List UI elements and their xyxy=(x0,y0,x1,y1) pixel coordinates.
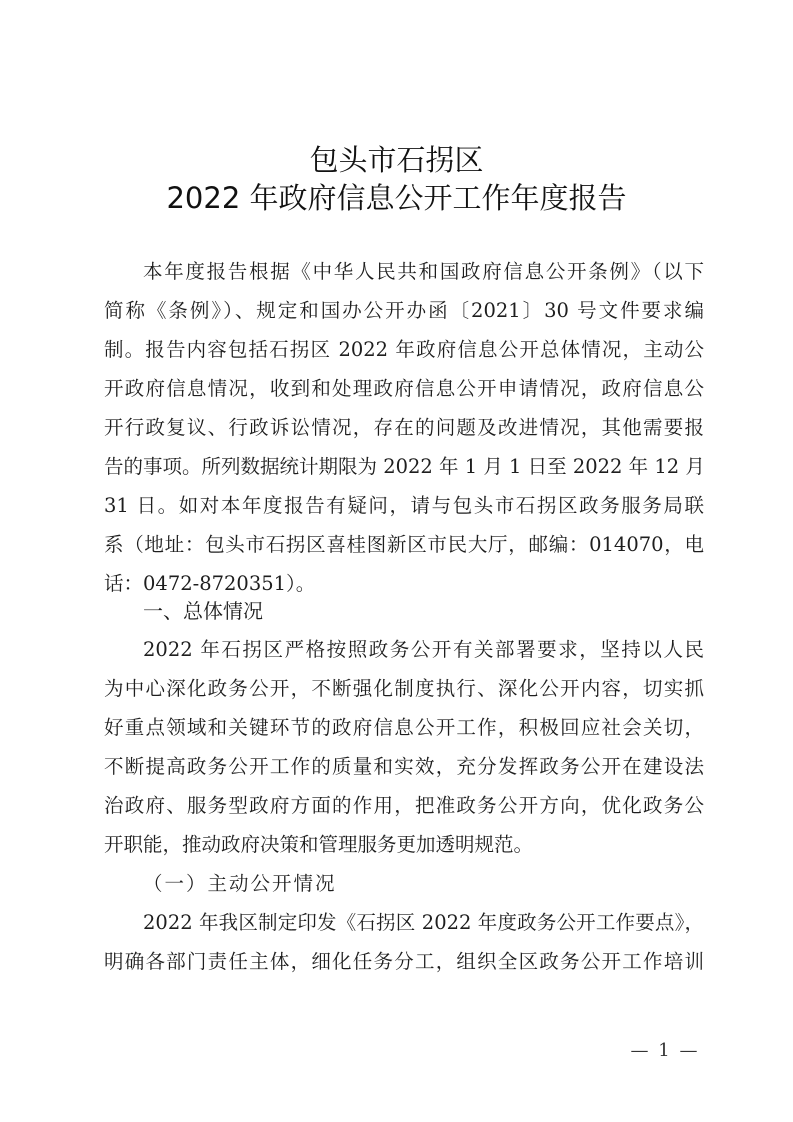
page-number: — 1 — xyxy=(625,1040,705,1061)
section-heading-overall: 一、总体情况 xyxy=(143,598,263,624)
subsection1-line: 2022 年我区制定印发《石拐区 2022 年度政务公开工作要点》， xyxy=(143,910,704,936)
intro-line: 开政府信息情况，收到和处理政府信息公开申请情况，政府信息公 xyxy=(104,376,704,402)
intro-line: 简称《条例》）、规定和国办公开办函〔2021〕30 号文件要求编 xyxy=(104,298,704,324)
intro-line: 开行政复议、行政诉讼情况，存在的问题及改进情况，其他需要报 xyxy=(104,415,704,441)
section1-line: 2022 年石拐区严格按照政务公开有关部署要求，坚持以人民 xyxy=(143,637,704,663)
intro-line: 制。报告内容包括石拐区 2022 年政府信息公开总体情况，主动公 xyxy=(104,337,704,363)
section1-line: 治政府、服务型政府方面的作用，把准政务公开方向，优化政务公 xyxy=(104,793,704,819)
intro-line: 本年度报告根据《中华人民共和国政府信息公开条例》（以下 xyxy=(143,259,704,285)
document-title-line1: 包头市石拐区 xyxy=(0,140,793,180)
subsection1-line: 明确各部门责任主体，细化任务分工，组织全区政务公开工作培训 xyxy=(104,949,704,975)
intro-line: 话：0472-8720351）。 xyxy=(104,571,704,597)
section1-line: 好重点领域和关键环节的政府信息公开工作，积极回应社会关切， xyxy=(104,715,704,741)
document-title-line2: 2022 年政府信息公开工作年度报告 xyxy=(0,178,793,218)
intro-line: 告的事项。所列数据统计期限为 2022 年 1 月 1 日至 2022 年 12… xyxy=(104,454,704,480)
intro-line: 系（地址：包头市石拐区喜桂图新区市民大厅，邮编：014070，电 xyxy=(104,532,704,558)
intro-line: 31 日。如对本年度报告有疑问，请与包头市石拐区政务服务局联 xyxy=(104,493,704,519)
section1-line: 为中心深化政务公开，不断强化制度执行、深化公开内容，切实抓 xyxy=(104,676,704,702)
section1-line: 开职能，推动政府决策和管理服务更加透明规范。 xyxy=(104,832,704,858)
document-page: 包头市石拐区 2022 年政府信息公开工作年度报告 本年度报告根据《中华人民共和… xyxy=(0,0,793,1122)
subsection-heading-proactive-disclosure: （一）主动公开情况 xyxy=(143,871,337,897)
section1-line: 不断提高政务公开工作的质量和实效，充分发挥政务公开在建设法 xyxy=(104,754,704,780)
